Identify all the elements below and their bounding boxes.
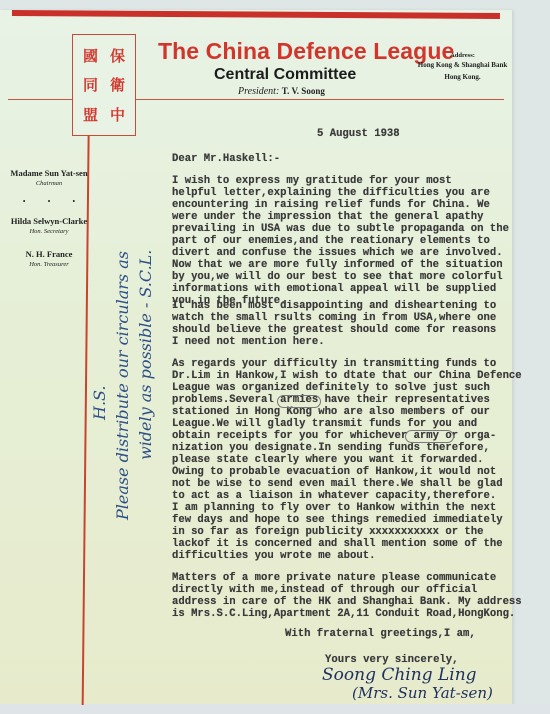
officer-entry: N. H. France Hon. Treasurer: [10, 249, 88, 268]
seal-char: 保: [104, 41, 131, 70]
officer-role: Hon. Secretary: [10, 228, 88, 235]
letter-date: 5 August 1938: [317, 128, 400, 140]
officer-role: Chairman: [10, 180, 88, 187]
margin-note-line: Please distribute our circulars as: [113, 251, 132, 520]
officers-list: Madame Sun Yat-sen Chairman • • • Hilda …: [10, 168, 88, 282]
seal-char: 衛: [104, 70, 131, 99]
officer-role: Hon. Treasurer: [10, 261, 88, 268]
president-label: President:: [238, 86, 279, 97]
paragraph: Matters of a more private nature please …: [172, 572, 522, 620]
chinese-seal-logo: 國 保 同 衛 盟 中: [72, 34, 136, 136]
seal-char: 中: [104, 100, 131, 129]
closing-line: With fraternal greetings,I am,: [285, 628, 476, 640]
margin-note-line: widely as possible - S.C.L.: [136, 250, 155, 460]
pencil-circle-annotation: [405, 430, 454, 443]
handwritten-signature-subline: (Mrs. Sun Yat-sen): [352, 684, 493, 702]
officer-name: Hilda Selwyn-Clarke: [10, 216, 88, 226]
background-strip: [0, 704, 550, 714]
officer-entry: Madame Sun Yat-sen Chairman: [10, 168, 88, 187]
divider-dots: • • •: [20, 197, 88, 206]
paragraph: It has been most disappointing and dishe…: [172, 300, 496, 348]
pencil-circle-annotation: [277, 395, 321, 408]
officer-name: Madame Sun Yat-sen: [10, 168, 88, 178]
officer-entry: Hilda Selwyn-Clarke Hon. Secretary: [10, 216, 88, 235]
paragraph: I wish to express my gratitude for your …: [172, 175, 509, 307]
seal-char: 國: [77, 41, 104, 70]
president-name: T. V. Soong: [282, 86, 325, 96]
margin-note-initials: H.S.: [90, 385, 109, 420]
address-line: Hong Kong.: [400, 71, 525, 83]
seal-char: 同: [77, 70, 104, 99]
salutation: Dear Mr.Haskell:-: [172, 153, 280, 165]
address-line: Hong Kong & Shanghai Bank: [400, 59, 525, 71]
letterhead-address: Address: Hong Kong & Shanghai Bank Hong …: [400, 52, 525, 83]
address-label: Address:: [400, 52, 525, 59]
president-line: President: T. V. Soong: [238, 86, 325, 97]
seal-char: 盟: [77, 100, 104, 129]
paragraph: As regards your difficulty in transmitti…: [172, 358, 522, 502]
committee-subtitle: Central Committee: [214, 66, 356, 84]
handwritten-signature: Soong Ching Ling: [322, 665, 477, 685]
paragraph: I am planning to fly over to Hankow with…: [172, 502, 503, 562]
officer-name: N. H. France: [10, 249, 88, 259]
